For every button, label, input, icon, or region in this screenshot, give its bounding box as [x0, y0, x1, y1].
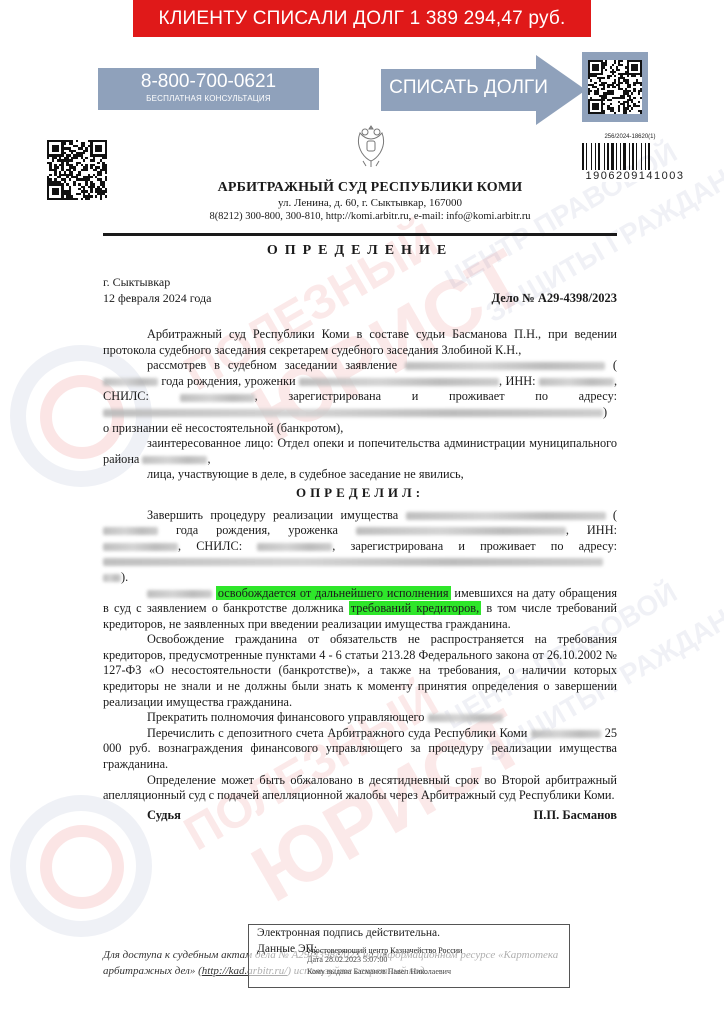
- document-date: 12 февраля 2024 года: [103, 291, 211, 306]
- text: , зарегистрирована и проживает по адресу…: [332, 539, 617, 553]
- text: рассмотрев в судебном заседании заявлени…: [147, 358, 397, 372]
- redacted-birthplace: [356, 527, 566, 535]
- redacted-birthdate: [103, 378, 158, 386]
- ruled-heading: ОПРЕДЕЛИЛ:: [103, 485, 617, 501]
- promo-qr-frame[interactable]: [582, 52, 648, 122]
- signature-issuer: Удостоверяющий центр Казначейство России: [307, 946, 462, 955]
- text: Завершить процедуру реализации имущества: [147, 508, 398, 522]
- paragraph-complete-procedure: Завершить процедуру реализации имущества…: [103, 508, 617, 586]
- barcode-reference: 256/2024-18620(1): [580, 134, 680, 140]
- write-off-debts-button[interactable]: СПИСАТЬ ДОЛГИ: [381, 55, 586, 125]
- judge-name: П.П. Басманов: [534, 808, 617, 824]
- paragraph-transfer: Перечислить с депозитного счета Арбитраж…: [103, 726, 617, 773]
- redacted-apt: [103, 574, 121, 582]
- redacted-inn: [539, 378, 614, 386]
- paragraph-release: освобождается от дальнейшего исполнения …: [103, 586, 617, 633]
- court-contacts: 8(8212) 300-800, 300-810, http://komi.ar…: [120, 211, 620, 222]
- court-address: ул. Ленина, д. 60, г. Сыктывкар, 167000: [160, 197, 580, 209]
- paragraph-interested-party: заинтересованное лицо: Отдел опеки и поп…: [103, 436, 617, 467]
- redacted-district: [142, 456, 207, 464]
- redacted-snils: [180, 394, 255, 402]
- judge-label: Судья: [147, 808, 181, 824]
- redacted-name: [405, 362, 605, 370]
- text: , зарегистрирована и проживает по адресу…: [255, 389, 617, 403]
- text: , ИНН:: [566, 523, 617, 537]
- paragraph-court-composition: Арбитражный суд Республики Коми в состав…: [103, 327, 617, 358]
- text: , СНИЛС:: [178, 539, 242, 553]
- promo-banner[interactable]: КЛИЕНТУ СПИСАЛИ ДОЛГ 1 389 294,47 руб.: [133, 0, 591, 37]
- electronic-signature-stamp: Электронная подпись действительна. Данны…: [248, 924, 570, 988]
- phone-button[interactable]: 8-800-700-0621 БЕСПЛАТНАЯ КОНСУЛЬТАЦИЯ: [98, 68, 319, 110]
- text: , ИНН:: [499, 374, 536, 388]
- signature-owner: Кому выдана Басманов Павел Николаевич: [307, 967, 451, 976]
- redacted-debtor: [147, 590, 212, 598]
- paragraph-terminate-manager: Прекратить полномочия финансового управл…: [103, 710, 617, 726]
- city: г. Сыктывкар: [103, 275, 170, 290]
- court-name: АРБИТРАЖНЫЙ СУД РЕСПУБЛИКИ КОМИ: [160, 180, 580, 196]
- highlight-release: освобождается от дальнейшего исполнения: [216, 586, 451, 600]
- paragraph-attendance: лица, участвующие в деле, в судебное зас…: [103, 467, 617, 483]
- document-title: ОПРЕДЕЛЕНИЕ: [103, 243, 617, 259]
- redacted-address: [103, 409, 603, 417]
- document-qr-code-icon: [47, 140, 107, 200]
- signature-valid: Электронная подпись действительна.: [257, 927, 440, 939]
- signature-date: Дата 28.02.2023 5:07:00: [307, 955, 387, 964]
- qr-code-icon: [588, 60, 642, 114]
- header-divider: [103, 233, 617, 236]
- text: года рождения, уроженки: [161, 374, 295, 388]
- phone-caption: БЕСПЛАТНАЯ КОНСУЛЬТАЦИЯ: [98, 94, 319, 104]
- case-number: Дело № А29-4398/2023: [440, 291, 617, 306]
- redacted-inn: [103, 543, 178, 551]
- phone-number: 8-800-700-0621: [98, 70, 319, 94]
- text: Прекратить полномочия финансового управл…: [147, 710, 424, 724]
- coat-of-arms-icon: [354, 123, 388, 168]
- text: года рождения, уроженка: [176, 523, 338, 537]
- barcode-digits: 1906209141003: [580, 170, 690, 182]
- redacted-manager: [428, 714, 503, 722]
- text: Перечислить с депозитного счета Арбитраж…: [147, 726, 527, 740]
- paragraph-appeal: Определение может быть обжаловано в деся…: [103, 773, 617, 804]
- redacted-snils: [257, 543, 332, 551]
- watermark-logo-inner-icon: [40, 825, 124, 909]
- paragraph-subject: о признании её несостоятельной (банкрото…: [103, 421, 617, 437]
- redacted-address: [103, 558, 603, 566]
- redacted-manager: [531, 730, 601, 738]
- redacted-birthdate: [103, 527, 158, 535]
- redacted-birthplace: [299, 378, 499, 386]
- judge-signature-row: Судья П.П. Басманов: [103, 808, 617, 824]
- paragraph-exceptions: Освобождение гражданина от обязательств …: [103, 632, 617, 710]
- text: ).: [121, 570, 128, 584]
- paragraph-application: рассмотрев в судебном заседании заявлени…: [103, 358, 617, 420]
- document-body: Арбитражный суд Республики Коми в состав…: [103, 327, 617, 823]
- highlight-creditors: требований кредиторов,: [349, 601, 481, 615]
- redacted-name: [406, 512, 606, 520]
- write-off-debts-label: СПИСАТЬ ДОЛГИ: [381, 77, 556, 99]
